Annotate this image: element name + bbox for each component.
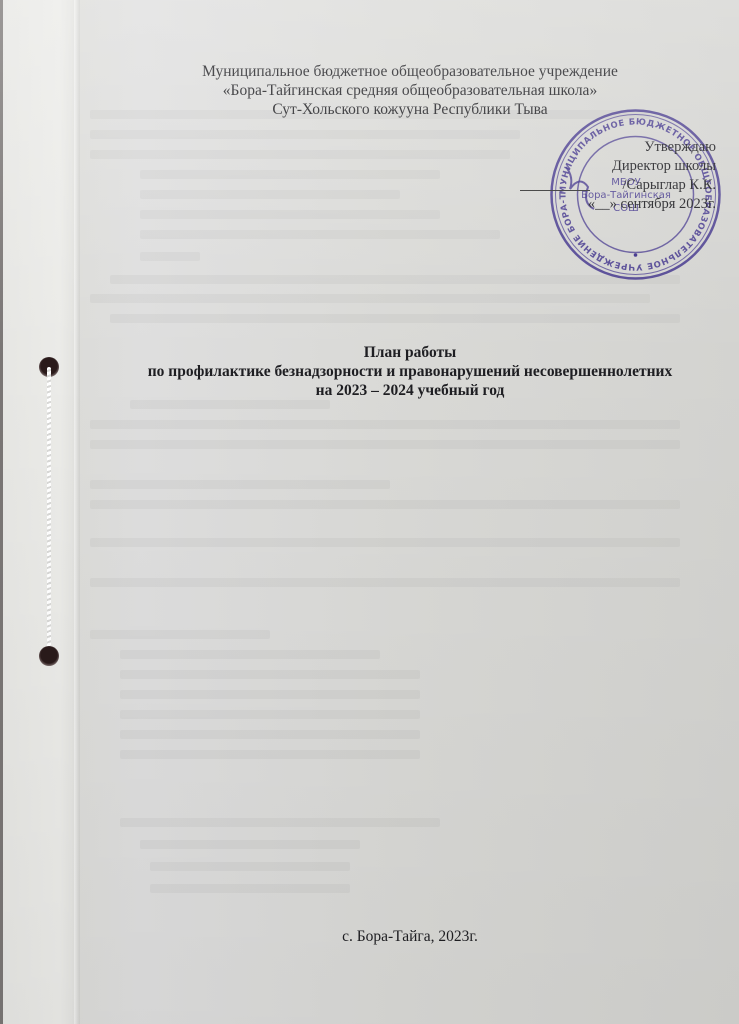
institution-header: Муниципальное бюджетное общеобразователь… [150, 62, 670, 119]
header-line-2: «Бора-Тайгинская средняя общеобразовател… [150, 81, 670, 100]
header-line-1: Муниципальное бюджетное общеобразователь… [150, 62, 670, 81]
title-line-1: План работы [110, 343, 710, 362]
header-line-3: Сут-Хольского кожууна Республики Тыва [150, 100, 670, 119]
approval-block: Утверждаю Директор школы /Сарыглар К.К. … [516, 138, 716, 214]
approval-date: «__» сентября 2023г. [516, 195, 716, 214]
page-edge [0, 0, 3, 1024]
approval-label: Утверждаю [516, 138, 716, 157]
page-fold [74, 0, 80, 1024]
place-year: с. Бора-Тайга, 2023г. [260, 928, 560, 946]
title-line-2: по профилактике безнадзорности и правона… [110, 362, 710, 381]
approval-position: Директор школы [516, 157, 716, 176]
document-page: Муниципальное бюджетное общеобразователь… [0, 0, 739, 1024]
document-title: План работы по профилактике безнадзорнос… [110, 343, 710, 400]
binding-hole-bottom [39, 646, 59, 666]
signature-line [520, 190, 590, 191]
title-line-3: на 2023 – 2024 учебный год [110, 381, 710, 400]
approval-signatory: /Сарыглар К.К. [516, 176, 716, 195]
binding-string [47, 367, 51, 657]
